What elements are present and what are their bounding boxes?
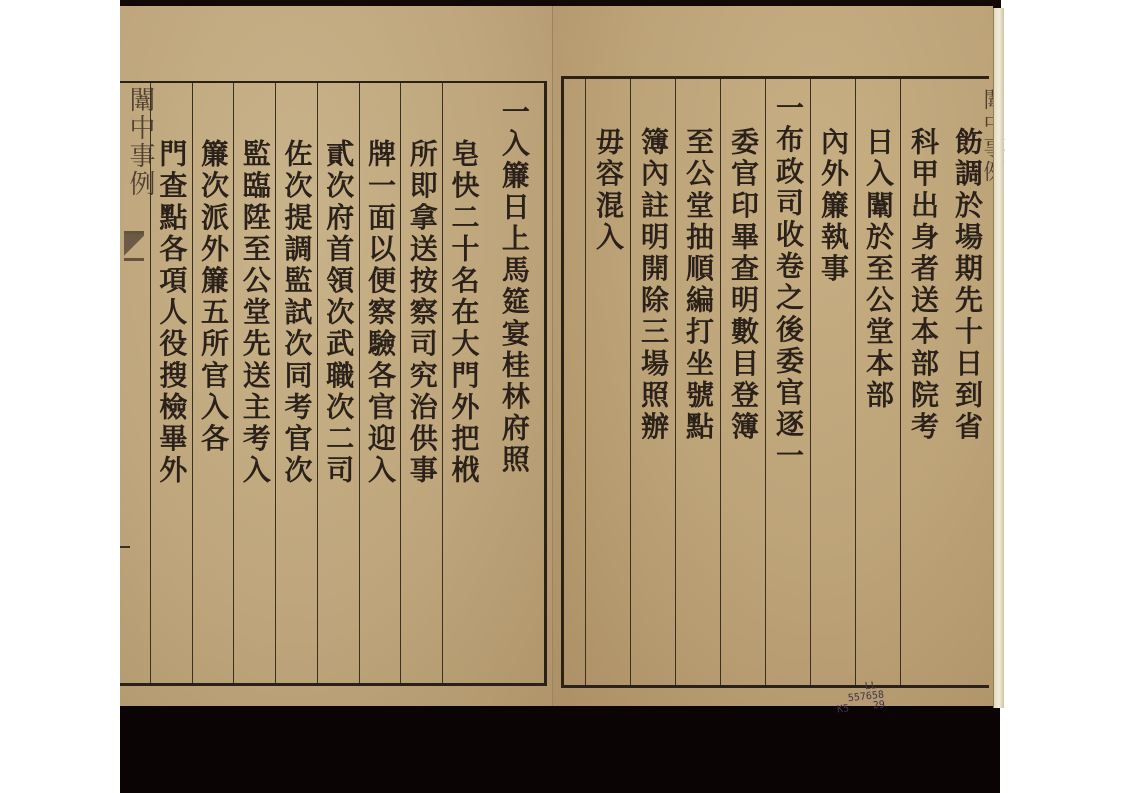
column-text: 內外簾執事: [819, 79, 847, 685]
left-columns: 一入簾日上馬筵宴桂林府照 皂快二十名在大門外把栰 所即拿送按察司究治供事 牌一面…: [150, 83, 544, 683]
right-text-frame: 飭調於場期先十日到省 科甲出身者送本部院考 日入闈於至公堂本部 內外簾執事 一布…: [561, 76, 989, 688]
text-column: 委官印畢查明數目登簿: [720, 79, 765, 685]
text-column: 毋容混入: [585, 79, 630, 685]
left-page: 闈中事例 一入簾日上馬筵宴桂林府照 皂快二十名在大門外把栰 所即拿送按察司究治供…: [120, 6, 553, 706]
text-column: 佐次提調監試次同考官次: [275, 83, 317, 683]
column-text: 一入簾日上馬筵宴桂林府照: [500, 83, 528, 683]
column-text: 貳次府首領次武職次二司: [324, 83, 352, 683]
right-columns: 飭調於場期先十日到省 科甲出身者送本部院考 日入闈於至公堂本部 內外簾執事 一布…: [564, 79, 989, 685]
right-page: 飭調於場期先十日到省 科甲出身者送本部院考 日入闈於至公堂本部 內外簾執事 一布…: [553, 6, 993, 706]
left-text-frame: 一入簾日上馬筵宴桂林府照 皂快二十名在大門外把栰 所即拿送按察司究治供事 牌一面…: [120, 81, 547, 686]
column-text: 牌一面以便察驗各官迎入: [366, 83, 394, 683]
text-column: 科甲出身者送本部院考: [900, 79, 945, 685]
column-text: 科甲出身者送本部院考: [909, 79, 937, 685]
text-column: 貳次府首領次武職次二司: [317, 83, 359, 683]
column-text: 皂快二十名在大門外把栰: [449, 83, 477, 683]
text-column: 內外簾執事: [810, 79, 855, 685]
text-column: 日入闈於至公堂本部: [855, 79, 900, 685]
column-text: 監臨陞至公堂先送主考入: [241, 83, 269, 683]
column-text: 一布政司收卷之後委官逐一: [774, 79, 802, 685]
column-text: 毋容混入: [594, 79, 622, 685]
call-number: LL 557658 K5 29: [835, 681, 886, 716]
column-text: 簿內註明開除三場照辦: [639, 79, 667, 685]
column-text: 佐次提調監試次同考官次: [283, 83, 311, 683]
text-column: 至公堂抽順編打坐號點: [675, 79, 720, 685]
column-text: 日入闈於至公堂本部: [864, 79, 892, 685]
column-text: 門查點各項人役搜檢畢外: [157, 83, 185, 683]
text-column: 門查點各項人役搜檢畢外: [150, 83, 192, 683]
text-column: 皂快二十名在大門外把栰: [442, 83, 484, 683]
column-text: 簾次派外簾五所官入各: [199, 83, 227, 683]
text-column: 所即拿送按察司究治供事: [400, 83, 442, 683]
text-column: 牌一面以便察驗各官迎入: [359, 83, 401, 683]
text-column: 簾次派外簾五所官入各: [192, 83, 234, 683]
text-column: 簿內註明開除三場照辦: [630, 79, 675, 685]
text-column: 一布政司收卷之後委官逐一: [765, 79, 810, 685]
scan-bottom-background: [120, 706, 1000, 793]
text-column: 監臨陞至公堂先送主考入: [233, 83, 275, 683]
text-column: 一入簾日上馬筵宴桂林府照: [484, 83, 544, 683]
column-text: 所即拿送按察司究治供事: [408, 83, 436, 683]
book-edge: [993, 8, 1004, 708]
column-text: 至公堂抽順編打坐號點: [684, 79, 712, 685]
column-text: 委官印畢查明數目登簿: [729, 79, 757, 685]
